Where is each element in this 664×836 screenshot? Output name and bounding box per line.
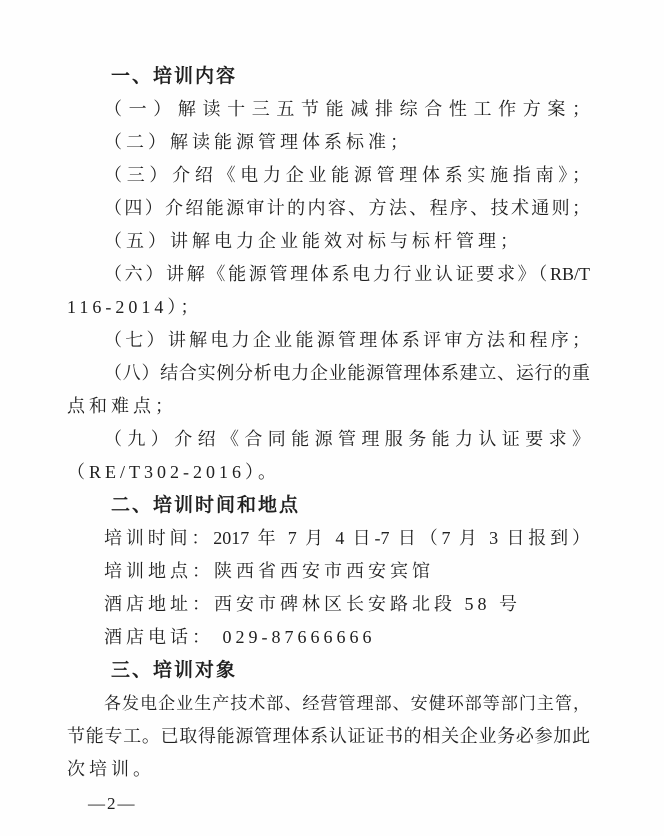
training-place-line: 培训地点：陕西省西安市西安宾馆 — [67, 555, 590, 588]
training-content-item-2: （二）解读能源管理体系标准； — [67, 126, 590, 159]
training-content-item-8-line2: 点和难点； — [67, 390, 590, 423]
audience-paragraph-line2: 节能专工。已取得能源管理体系认证证书的相关企业务必参加此 — [67, 720, 590, 753]
document-page: 一、培训内容 （一）解读十三五节能减排综合性工作方案； （二）解读能源管理体系标… — [0, 0, 664, 836]
training-content-item-4: （四）介绍能源审计的内容、方法、程序、技术通则； — [67, 192, 590, 225]
training-content-item-9-line2: （RE/T302-2016）。 — [67, 456, 590, 489]
training-content-item-9-line1: （九）介绍《合同能源管理服务能力认证要求》 — [67, 423, 590, 456]
audience-paragraph-line3: 次培训。 — [67, 753, 590, 786]
audience-paragraph-line1: 各发电企业生产技术部、经营管理部、安健环部等部门主管， — [67, 687, 590, 720]
section3-heading: 三、培训对象 — [67, 654, 590, 687]
page-number: —2— — [88, 794, 137, 814]
section1-heading: 一、培训内容 — [67, 60, 590, 93]
section2-heading: 二、培训时间和地点 — [67, 489, 590, 522]
training-time-line: 培训时间：2017 年 7 月 4 日-7 日（7 月 3 日报到） — [67, 522, 590, 555]
training-content-item-6-line1: （六）讲解《能源管理体系电力行业认证要求》（RB/T — [67, 258, 590, 291]
hotel-phone-line: 酒店电话： 029-87666666 — [67, 621, 590, 654]
training-content-item-5: （五）讲解电力企业能效对标与标杆管理； — [67, 225, 590, 258]
training-content-item-3: （三）介绍《电力企业能源管理体系实施指南》； — [67, 159, 590, 192]
training-content-item-8-line1: （八）结合实例分析电力企业能源管理体系建立、运行的重 — [67, 357, 590, 390]
training-content-item-7: （七）讲解电力企业能源管理体系评审方法和程序； — [67, 324, 590, 357]
training-content-item-1: （一）解读十三五节能减排综合性工作方案； — [67, 93, 590, 126]
document-body: 一、培训内容 （一）解读十三五节能减排综合性工作方案； （二）解读能源管理体系标… — [67, 60, 590, 786]
training-content-item-6-line2: 116-2014）； — [67, 291, 590, 324]
hotel-address-line: 酒店地址：西安市碑林区长安路北段 58 号 — [67, 588, 590, 621]
